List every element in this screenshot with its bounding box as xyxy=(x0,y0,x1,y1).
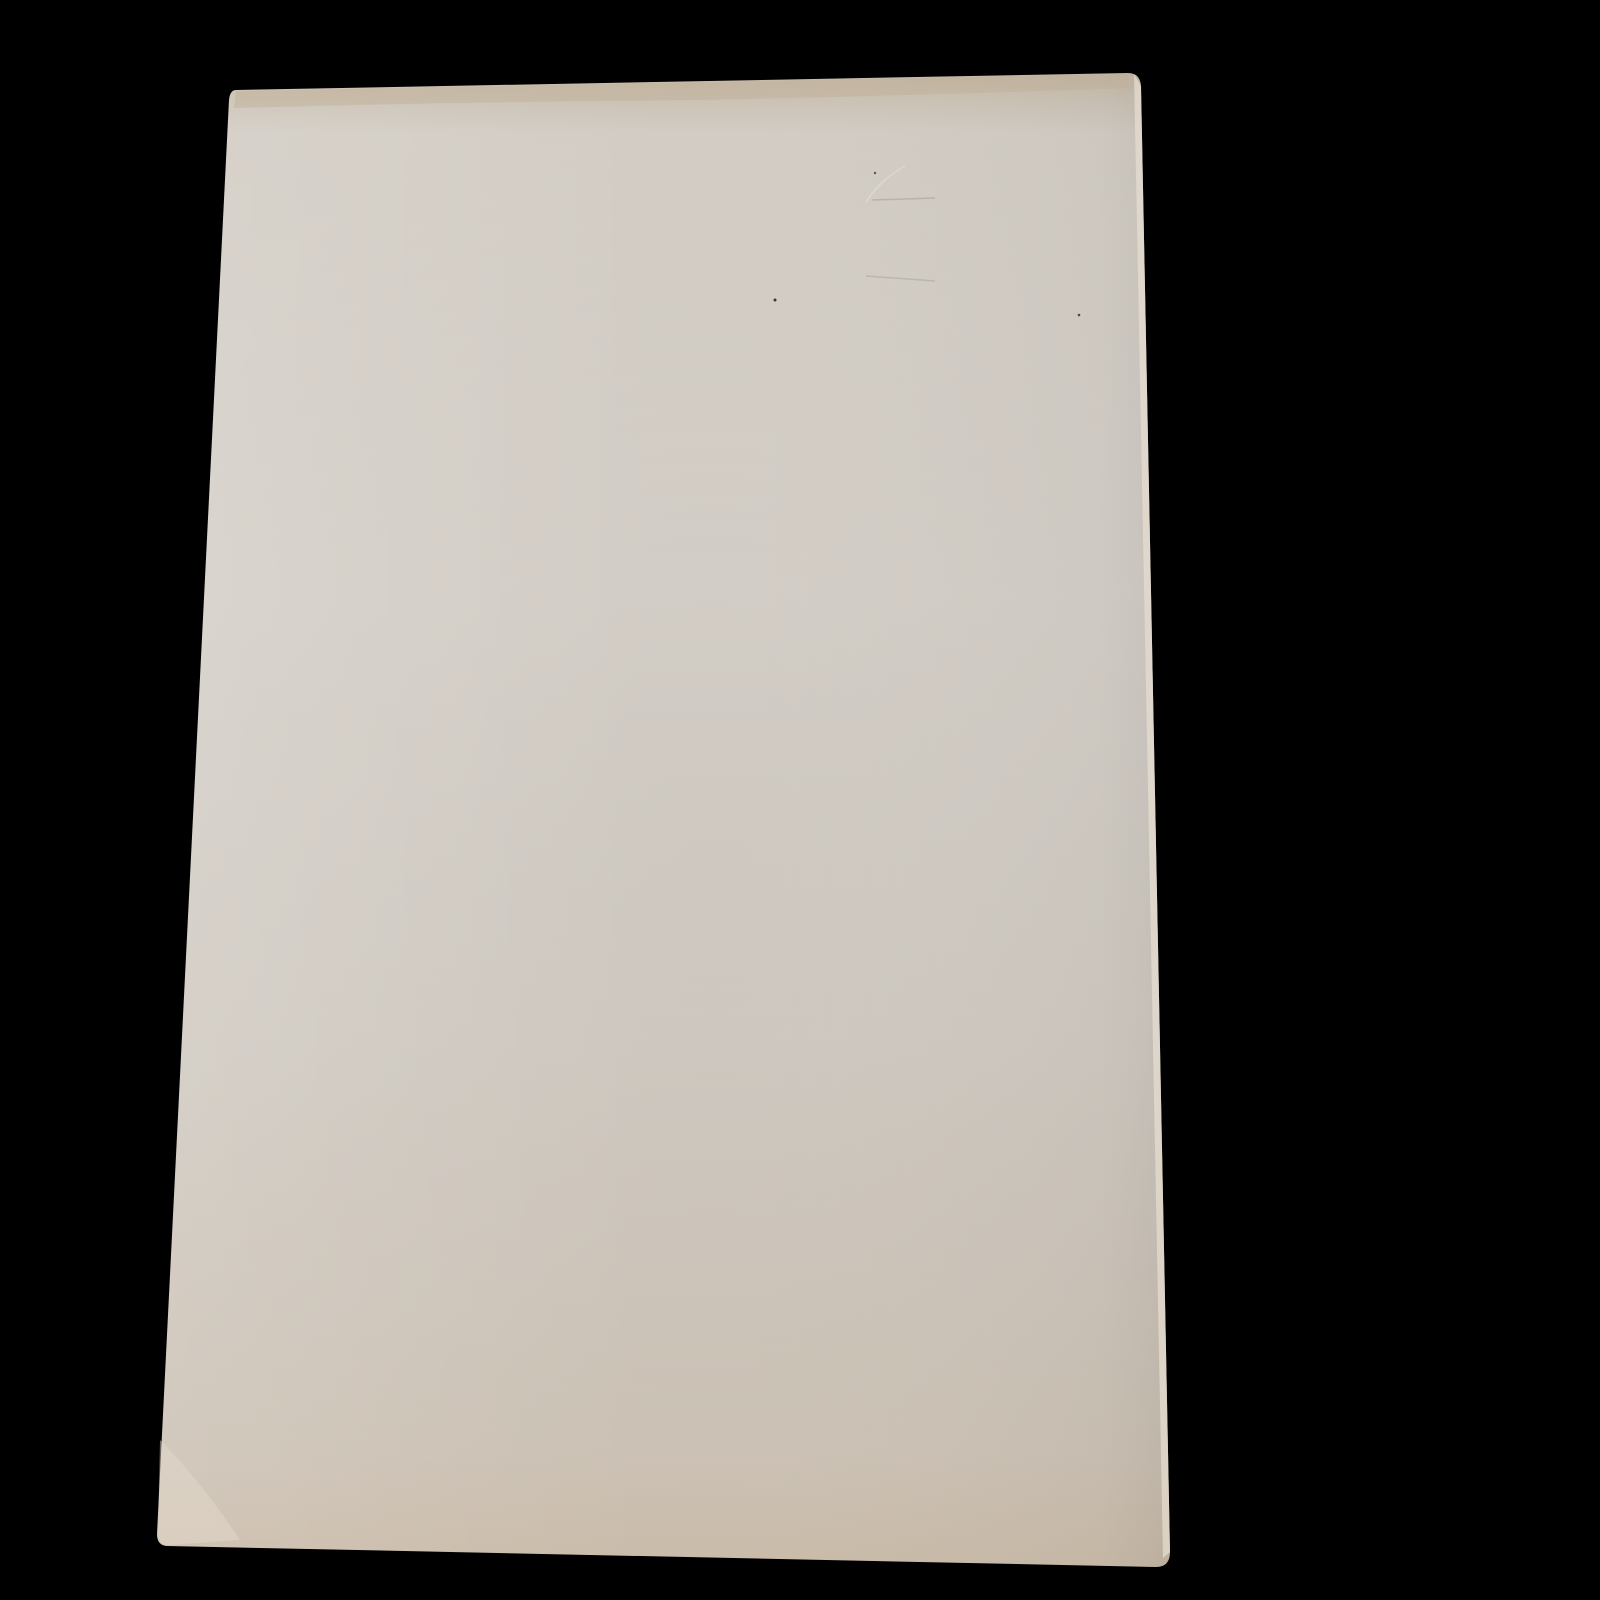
paper-sheet xyxy=(0,0,1600,1600)
photo-scene xyxy=(0,0,1600,1600)
